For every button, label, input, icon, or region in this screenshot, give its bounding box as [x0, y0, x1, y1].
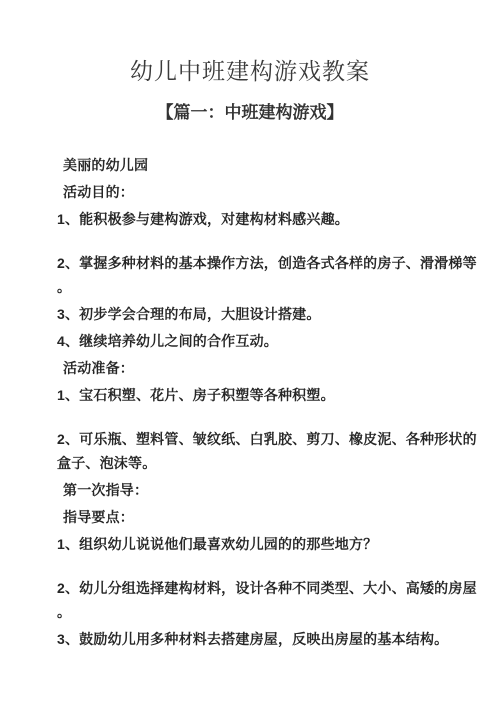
doc-text-line: 4、继续培养幼儿之间的合作互动。	[57, 330, 460, 353]
doc-text-line: 1、能积极参与建构游戏，对建构材料感兴趣。	[57, 208, 460, 231]
doc-text-line: 。	[57, 601, 460, 624]
doc-heading-line: 指导要点：	[57, 506, 460, 529]
doc-text-line: 2、掌握多种材料的基本操作方法，创造各式各样的房子、滑滑梯等	[57, 252, 460, 275]
doc-heading-line: 第一次指导：	[57, 479, 460, 502]
doc-text-line: 1、组织幼儿说说他们最喜欢幼儿园的的那些地方？	[57, 533, 460, 556]
doc-heading-line: 活动准备：	[57, 357, 460, 380]
doc-text-line: 3、鼓励幼儿用多种材料去搭建房屋，反映出房屋的基本结构。	[57, 628, 460, 651]
doc-text-line: 3、初步学会合理的布局，大胆设计搭建。	[57, 303, 460, 326]
doc-text-line: 。	[57, 276, 460, 299]
section-heading: 【篇一：中班建构游戏】	[0, 101, 500, 125]
doc-text-line: 盒子、泡沫等。	[57, 452, 460, 475]
doc-text-line: 2、幼儿分组选择建构材料，设计各种不同类型、大小、高矮的房屋	[57, 577, 460, 600]
doc-text-line: 1、宝石积塑、花片、房子积塑等各种积塑。	[57, 384, 460, 407]
document-page: 幼儿中班建构游戏教案 【篇一：中班建构游戏】 美丽的幼儿园 活动目的： 1、能积…	[0, 0, 500, 707]
doc-heading-line: 活动目的：	[57, 181, 460, 204]
document-title: 幼儿中班建构游戏教案	[0, 57, 500, 87]
document-body: 美丽的幼儿园 活动目的： 1、能积极参与建构游戏，对建构材料感兴趣。 2、掌握多…	[0, 154, 500, 651]
doc-text-line: 2、可乐瓶、塑料管、皱纹纸、白乳胶、剪刀、橡皮泥、各种形状的	[57, 428, 460, 451]
doc-heading-line: 美丽的幼儿园	[57, 154, 460, 177]
